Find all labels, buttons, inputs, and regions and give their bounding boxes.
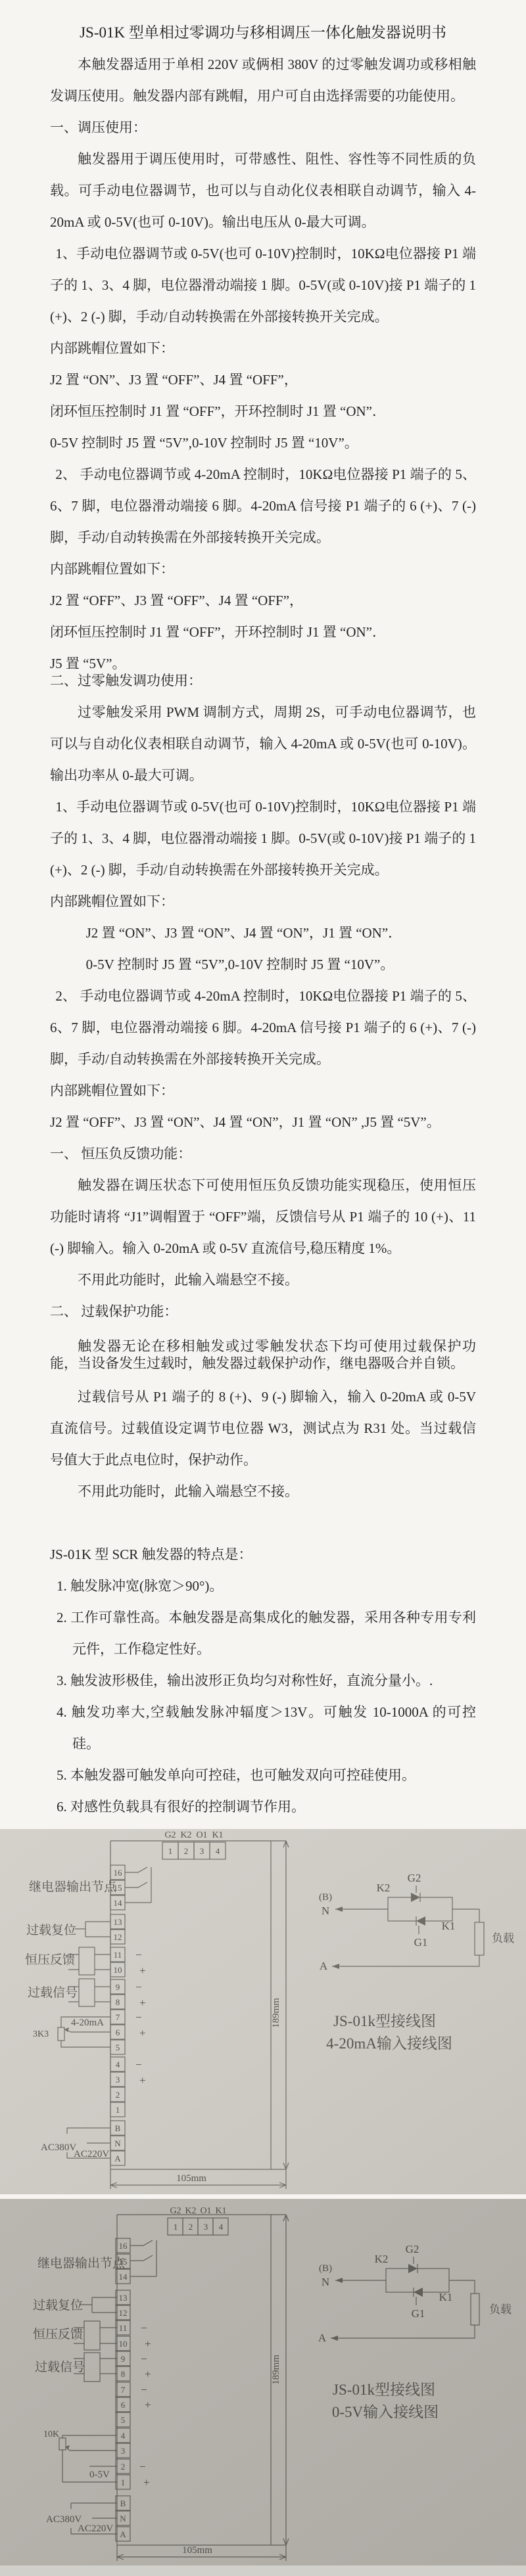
cathode1-label: K1 <box>439 2291 453 2303</box>
pin-number: 9 <box>116 1982 120 1992</box>
paragraph-intro: 本触发器适用于单相 220V 或俩相 380V 的过零触发调功或移相触发调压使用… <box>50 49 476 112</box>
gate-label: G2 <box>170 2206 181 2216</box>
section-heading-zero-cross: 二、过零触发调功使用： <box>50 665 476 696</box>
width-dimension-label: 105mm <box>176 2173 206 2184</box>
pin-number: 5 <box>121 2415 126 2425</box>
gate-pin: 4 <box>219 2222 224 2232</box>
gate2-label: G2 <box>408 1872 421 1884</box>
polarity-sign: − <box>135 1981 142 1993</box>
manual-text: JS-01K 型单相过零调功与移相调压一体化触发器说明书 本触发器适用于单相 2… <box>0 0 526 1829</box>
relay-output-label: 继电器输出节点 <box>37 2255 126 2271</box>
polarity-sign: − <box>135 2058 142 2071</box>
potentiometer-label: 10K <box>43 2429 59 2439</box>
pin-number: 12 <box>114 1932 122 1942</box>
relay-output-label: 继电器输出节点 <box>29 1879 117 1894</box>
gate2-label: G2 <box>406 2243 419 2255</box>
pin-number: 10 <box>114 1965 122 1975</box>
gate-pin: 1 <box>168 1846 173 1856</box>
polarity-sign: + <box>143 2476 150 2489</box>
section-heading-overload: 二、 过载保护功能： <box>50 1296 476 1327</box>
gate-pin: 2 <box>189 2222 193 2232</box>
pin-number: 13 <box>119 2293 128 2303</box>
gate-pin: 3 <box>204 2222 208 2232</box>
paragraph: 不用此功能时，此输入端悬空不接。 <box>50 1476 476 1507</box>
shunt-resistor-label: 3K3 <box>33 2029 49 2039</box>
polarity-sign: + <box>139 1964 146 1977</box>
diagram-caption-title: JS-01k型接线图 <box>333 2013 436 2029</box>
paragraph: 2、 手动电位器调节或 4-20mA 控制时，10KΩ电位器接 P1 端子的 5… <box>50 459 476 553</box>
neutral-label: N <box>322 2276 329 2288</box>
gate1-label: G1 <box>414 1936 428 1949</box>
polarity-sign: + <box>145 2368 151 2380</box>
paragraph: 2、 手动电位器调节或 4-20mA 控制时，10KΩ电位器接 P1 端子的 5… <box>50 980 476 1075</box>
phase-a-label: A <box>320 1960 328 1972</box>
overload-reset-label: 过载复位 <box>33 2298 83 2313</box>
polarity-sign: + <box>139 2027 146 2039</box>
feature-item: 2. 工作可靠性高。本触发器是高集成化的触发器，采用各种专用专利元件，工作稳定性… <box>50 1602 476 1665</box>
wiring-photo-4-20ma: 105mm 189mm G2 K2 O1 K1 1 2 3 4 16 15 14… <box>0 1829 526 2194</box>
input-signal-label: 0-5V <box>89 2470 110 2480</box>
pin-number: 7 <box>121 2385 126 2395</box>
overload-signal-label: 过载信号 <box>35 2360 85 2374</box>
polarity-sign: − <box>135 1949 142 1961</box>
pin-number: 1 <box>116 2105 120 2115</box>
jumper-setting: 0-5V 控制时 J5 置 “5V”,0-10V 控制时 J5 置 “10V”。 <box>50 427 476 459</box>
polarity-sign: + <box>145 2338 151 2350</box>
paragraph: 内部跳帽位置如下： <box>50 332 476 364</box>
neutral-label: N <box>322 1905 329 1917</box>
gate-label: O1 <box>200 2206 211 2216</box>
load-label: 负载 <box>489 2303 512 2316</box>
load-label: 负载 <box>492 1932 514 1945</box>
height-dimension-label: 189mm <box>271 1998 281 2028</box>
gate-label: K2 <box>180 1830 191 1840</box>
phase-a-label: A <box>318 2332 327 2344</box>
pin-letter: B <box>115 2123 121 2133</box>
voltage-feedback-label: 恒压反馈 <box>25 1953 75 1967</box>
pin-number: 1 <box>121 2477 126 2487</box>
diagram-caption-subtitle: 4-20mA输入接线图 <box>326 2035 452 2052</box>
gate-label: K1 <box>215 2206 226 2216</box>
pin-number: 10 <box>119 2339 128 2349</box>
feature-item: 4. 触发功率大,空载触发脉冲辐度＞13V。可触发 10-1000A 的可控硅。 <box>50 1696 476 1759</box>
pin-number: 8 <box>116 1997 120 2007</box>
height-dimension-label: 189mm <box>271 2355 281 2385</box>
overload-signal-label: 过载信号 <box>28 1985 78 2000</box>
polarity-sign: − <box>141 2384 147 2396</box>
voltage-feedback-label: 恒压反馈 <box>33 2327 83 2341</box>
cathode2-label: K2 <box>375 2253 389 2265</box>
cathode1-label: K1 <box>442 1920 456 1932</box>
cathode2-label: K2 <box>377 1882 391 1894</box>
feature-item: 3. 触发波形极佳，输出波形正负均匀对称性好，直流分量小。. <box>50 1665 476 1696</box>
pin-number: 16 <box>114 1868 123 1878</box>
pin-letter: B <box>120 2498 126 2508</box>
ac220-label: AC220V <box>78 2523 113 2534</box>
polarity-sign: + <box>139 1997 146 2009</box>
pin-letter: A <box>120 2529 126 2539</box>
pin-number: 14 <box>114 1898 123 1908</box>
pin-number: 11 <box>119 2323 128 2333</box>
gate-label: G2 <box>164 1830 176 1840</box>
jumper-setting: J2 置 “ON”、J3 置 “ON”、J4 置 “ON”，J1 置 “ON”． <box>50 917 476 949</box>
pin-letter: N <box>114 2138 121 2148</box>
gate-pin: 1 <box>174 2222 178 2232</box>
paragraph: 触发器在调压状态下可使用恒压负反馈功能实现稳压，使用恒压功能时请将 “J1”调帽… <box>50 1169 476 1264</box>
overload-reset-label: 过载复位 <box>26 1923 76 1937</box>
polarity-sign: + <box>145 2399 151 2411</box>
wiring-diagram-4-20ma: 105mm 189mm G2 K2 O1 K1 1 2 3 4 16 15 14… <box>0 1829 526 2194</box>
gate-pin: 4 <box>216 1846 220 1856</box>
paragraph: 过零触发采用 PWM 调制方式，周期 2S，可手动电位器调节，也可以与自动化仪表… <box>50 696 476 791</box>
ac380-label: AC380V <box>46 2514 82 2525</box>
paragraph: 触发器用于调压使用时，可带感性、阻性、容性等不同性质的负载。可手动电位器调节，也… <box>50 143 476 238</box>
pin-number: 6 <box>121 2400 126 2410</box>
gate-label: K1 <box>212 1830 223 1840</box>
paragraph: 触发器无论在移相触发或过零触发状态下均可使用过载保护功能，当设备发生过载时，触发… <box>50 1338 476 1372</box>
pin-number: 4 <box>121 2431 126 2441</box>
wiring-diagram-0-5v: 105mm 189mm G2 K2 O1 K1 1 2 3 4 16 15 14… <box>0 2199 526 2576</box>
polarity-sign: − <box>141 2353 147 2365</box>
pin-number: 14 <box>119 2272 128 2282</box>
polarity-sign: − <box>141 2322 147 2334</box>
gate-label: O1 <box>196 1830 207 1840</box>
document-title: JS-01K 型单相过零调功与移相调压一体化触发器说明书 <box>50 17 476 49</box>
section-heading-feedback: 一、 恒压负反馈功能： <box>50 1138 476 1169</box>
pin-number: 2 <box>121 2462 126 2472</box>
manual-page: { "doc": { "title": "JS-01K 型单相过零调功与移相调压… <box>0 0 526 2576</box>
ac220-label: AC220V <box>74 2149 109 2159</box>
width-dimension-label: 105mm <box>182 2545 212 2556</box>
pin-number: 13 <box>114 1917 122 1927</box>
feature-item: 6. 对感性负载具有很好的控制调节作用。 <box>50 1791 476 1822</box>
pin-number: 3 <box>121 2446 126 2456</box>
pin-number: 16 <box>119 2241 128 2251</box>
input-signal-label: 4-20mA <box>71 2018 104 2028</box>
diagram-caption-subtitle: 0-5V输入接线图 <box>332 2404 439 2420</box>
photo-edge <box>0 2565 526 2576</box>
paragraph: 内部跳帽位置如下： <box>50 553 476 585</box>
gate-pin: 2 <box>184 1846 189 1856</box>
wiring-photo-0-5v: 105mm 189mm G2 K2 O1 K1 1 2 3 4 16 15 14… <box>0 2199 526 2576</box>
phase-b-label: (B) <box>319 2263 332 2274</box>
paragraph: 1、手动电位器调节或 0-5V(也可 0-10V)控制时，10KΩ电位器接 P1… <box>50 238 476 332</box>
polarity-sign: − <box>139 2460 146 2473</box>
ac380-label: AC380V <box>41 2142 76 2153</box>
phase-b-label: (B) <box>319 1892 332 1903</box>
pin-number: 11 <box>114 1950 122 1960</box>
pin-number: 3 <box>116 2075 120 2085</box>
jumper-setting: 0-5V 控制时 J5 置 “5V”,0-10V 控制时 J5 置 “10V”。 <box>50 949 476 980</box>
pin-letter: N <box>120 2514 126 2523</box>
polarity-sign: − <box>135 2011 142 2023</box>
paragraph: 内部跳帽位置如下： <box>50 886 476 917</box>
features-heading: JS-01K 型 SCR 触发器的特点是： <box>50 1539 476 1570</box>
pin-number: 5 <box>116 2043 120 2052</box>
feature-item: 1. 触发脉冲宽(脉宽＞90°)。 <box>50 1570 476 1602</box>
polarity-sign: + <box>139 2074 146 2087</box>
jumper-setting: 闭环恒压控制时 J1 置 “OFF”，开环控制时 J1 置 “ON”． <box>50 395 476 427</box>
pin-number: 9 <box>121 2354 126 2364</box>
paragraph: 不用此功能时，此输入端悬空不接。 <box>50 1264 476 1296</box>
paragraph: 内部跳帽位置如下： <box>50 1075 476 1106</box>
jumper-setting: J2 置 “OFF”、J3 置 “ON”、J4 置 “ON”，J1 置 “ON”… <box>50 1106 476 1138</box>
pin-number: 7 <box>116 2012 120 2022</box>
pin-number: 4 <box>116 2060 120 2069</box>
gate-pin: 3 <box>200 1846 204 1856</box>
paragraph: 1、手动电位器调节或 0-5V(也可 0-10V)控制时，10KΩ电位器接 P1… <box>50 791 476 886</box>
pin-number: 2 <box>116 2090 120 2100</box>
pin-number: 8 <box>121 2369 126 2379</box>
pin-letter: A <box>114 2154 121 2163</box>
paragraph: 过载信号从 P1 端子的 8 (+)、9 (-) 脚输入，输入 0-20mA 或… <box>50 1381 476 1476</box>
feature-item: 5. 本触发器可触发单向可控硅，也可触发双向可控硅使用。 <box>50 1759 476 1791</box>
pin-number: 6 <box>116 2027 120 2037</box>
jumper-setting: J2 置 “ON”、J3 置 “OFF”、J4 置 “OFF”， <box>50 364 476 395</box>
jumper-setting: J2 置 “OFF”、J3 置 “OFF”、J4 置 “OFF”， <box>50 585 476 616</box>
diagram-caption-title: JS-01k型接线图 <box>333 2382 435 2398</box>
section-heading-voltage-regulation: 一、调压使用： <box>50 112 476 143</box>
pin-number: 12 <box>119 2308 128 2318</box>
gate1-label: G1 <box>412 2307 425 2320</box>
gate-label: K2 <box>185 2206 196 2216</box>
jumper-setting: 闭环恒压控制时 J1 置 “OFF”，开环控制时 J1 置 “ON”． <box>50 616 476 648</box>
